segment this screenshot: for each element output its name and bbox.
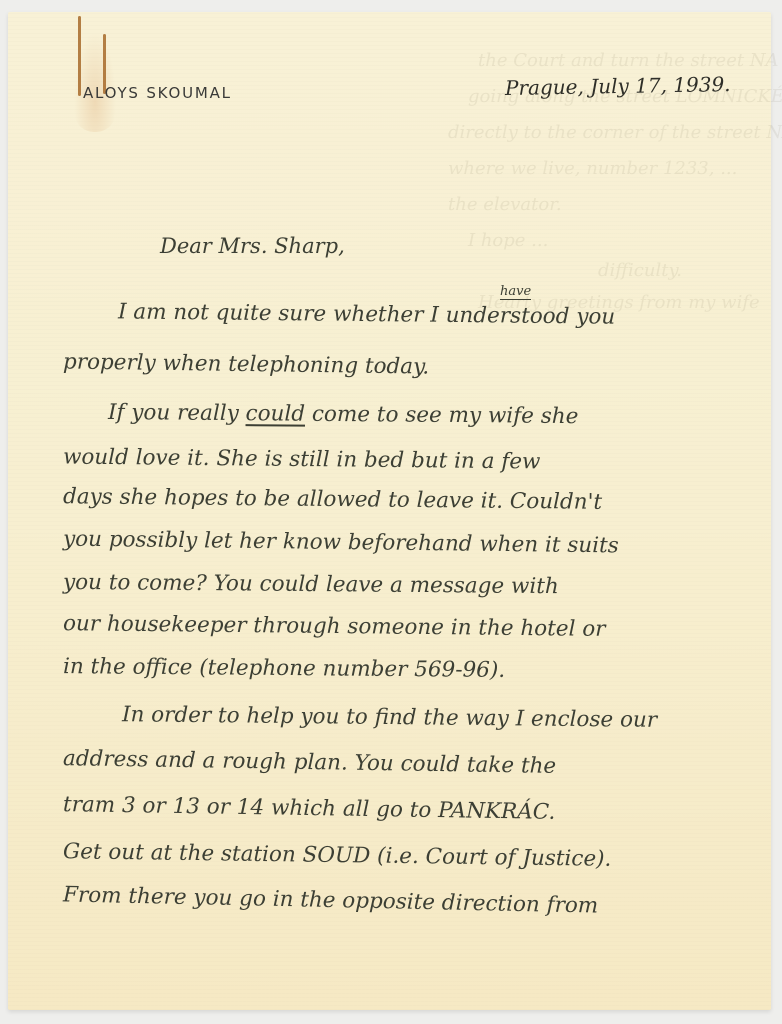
show-through-text: I hope ... [468,230,548,251]
show-through-text: the Court and turn the street NA ... [478,50,782,71]
show-through-text: the elevator. [448,194,562,215]
letter-line: would love it. She is still in bed but i… [63,445,541,475]
letter-line: properly when telephoning today. [63,349,430,379]
letter-line: in the office (telephone number 569-96). [63,654,505,683]
letter-line: If you really could come to see my wife … [108,400,579,429]
salutation: Dear Mrs. Sharp, [160,234,345,258]
letter-line: you to come? You could leave a message w… [63,570,559,599]
show-through-text: directly to the corner of the street NA … [448,122,782,143]
rust-mark-icon [78,16,81,96]
underlined-word: could [246,401,306,427]
insertion-mark: have [500,284,531,300]
date-line: Prague, July 17, 1939. [505,72,731,100]
show-through-text: difficulty. [598,260,682,281]
letter-line: I am not quite sure whether I understood… [118,299,615,329]
show-through-text: where we live, number 1233, ... [448,158,737,179]
letterhead: ALOYS SKOUMAL [83,84,232,102]
